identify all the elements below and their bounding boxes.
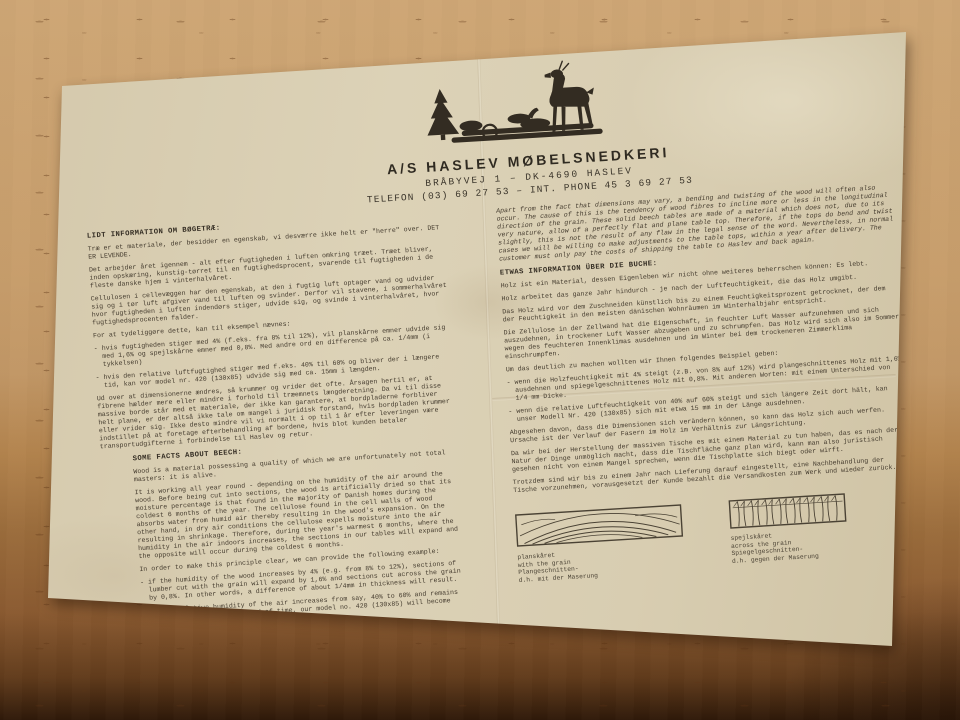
right-column: Apart from the fact that dimensions may …	[496, 184, 916, 614]
two-column-body: LIDT INFORMATION OM BØGETRÆ: Træ er et m…	[87, 184, 916, 639]
plain-sawn-diagram: planskåret with the grain Plangeschnitte…	[515, 501, 687, 584]
quarter-sawn-caption: spejlskåret across the grain Spiegelgesc…	[730, 528, 850, 566]
paper-sheet-wrapper: A/S HASLEV MØBELSNEDKERI BRÅBYVEJ 1 – DK…	[0, 0, 960, 720]
wood-cut-diagrams: planskåret with the grain Plangeschnitte…	[515, 487, 915, 584]
plain-sawn-caption: planskåret with the grain Plangeschnitte…	[517, 544, 687, 585]
english-section: SOME FACTS ABOUT BEECH: Wood is a materi…	[132, 435, 470, 632]
left-column: LIDT INFORMATION OM BØGETRÆ: Træ er et m…	[87, 211, 471, 639]
letterhead: A/S HASLEV MØBELSNEDKERI BRÅBYVEJ 1 – DK…	[203, 43, 850, 215]
english-paragraph: It is working all year round - depending…	[134, 469, 466, 561]
plain-sawn-grain-icon	[515, 501, 685, 549]
quarter-sawn-diagram: spejlskåret across the grain Spiegelgesc…	[728, 491, 850, 571]
document-content: A/S HASLEV MØBELSNEDKERI BRÅBYVEJ 1 – DK…	[78, 41, 916, 639]
paper-sheet: A/S HASLEV MØBELSNEDKERI BRÅBYVEJ 1 – DK…	[0, 0, 960, 720]
quarter-sawn-grain-icon	[728, 491, 848, 530]
